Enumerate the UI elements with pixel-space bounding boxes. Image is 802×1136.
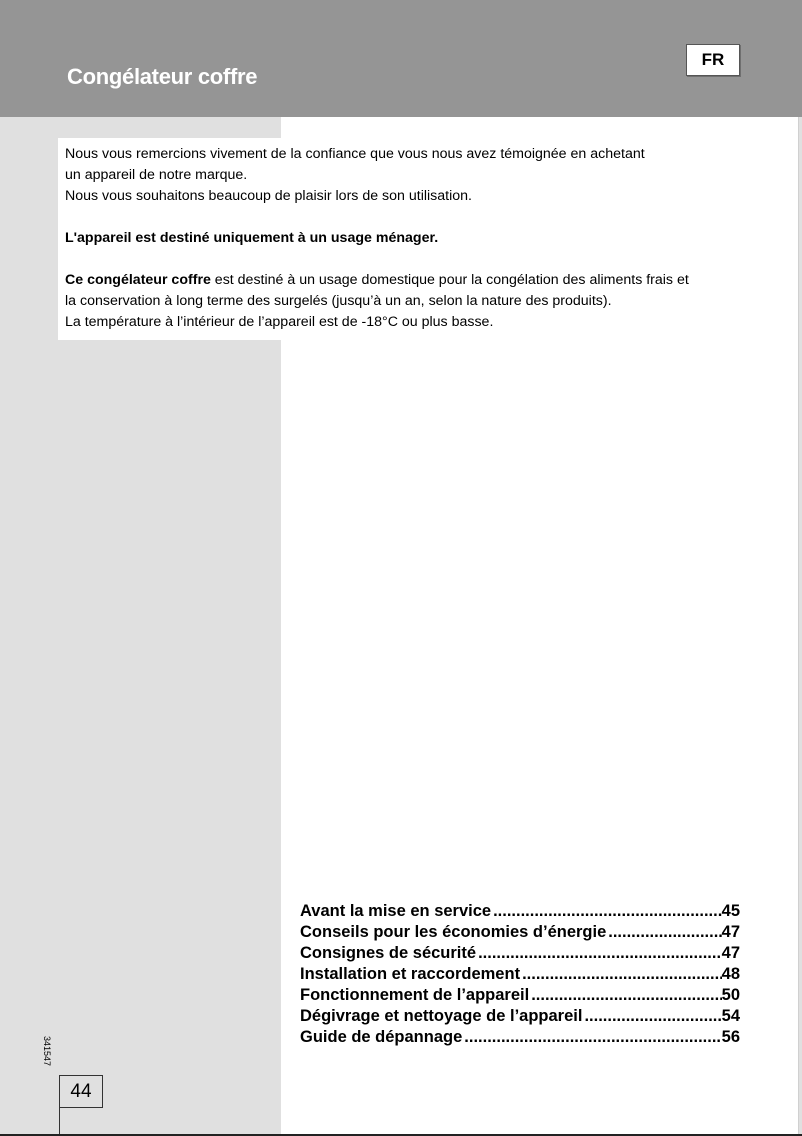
page-header: Congélateur coffre FR xyxy=(0,0,802,117)
intro-line: Nous vous souhaitons beaucoup de plaisir… xyxy=(65,186,745,207)
toc-item[interactable]: Fonctionnement de l’appareil50 xyxy=(300,985,740,1006)
language-badge: FR xyxy=(686,44,740,76)
toc-item[interactable]: Avant la mise en service45 xyxy=(300,901,740,922)
toc-item[interactable]: Installation et raccordement48 xyxy=(300,964,740,985)
description-line: la conservation à long terme des surgelé… xyxy=(65,291,745,312)
table-of-contents: Avant la mise en service45 Conseils pour… xyxy=(300,901,740,1048)
page-number: 44 xyxy=(59,1075,103,1108)
intro-text-block: Nous vous remercions vivement de la conf… xyxy=(58,138,745,340)
toc-item[interactable]: Dégivrage et nettoyage de l’appareil54 xyxy=(300,1006,740,1027)
intro-line: Nous vous remercions vivement de la conf… xyxy=(65,144,745,165)
description-bold: Ce congélateur coffre xyxy=(65,272,211,288)
toc-item[interactable]: Conseils pour les économies d’énergie47 xyxy=(300,922,740,943)
toc-item[interactable]: Consignes de sécurité 47 xyxy=(300,943,740,964)
page-title: Congélateur coffre xyxy=(67,64,257,90)
usage-notice: L'appareil est destiné uniquement à un u… xyxy=(65,228,745,249)
toc-item[interactable]: Guide de dépannage56 xyxy=(300,1027,740,1048)
temperature-line: La température à l’intérieur de l’appare… xyxy=(65,312,745,333)
description-line: Ce congélateur coffre est destiné à un u… xyxy=(65,270,745,291)
intro-line: un appareil de notre marque. xyxy=(65,165,745,186)
right-edge-stripe xyxy=(798,117,802,1134)
document-code: 341547 xyxy=(42,1036,52,1066)
divider xyxy=(59,1107,60,1135)
